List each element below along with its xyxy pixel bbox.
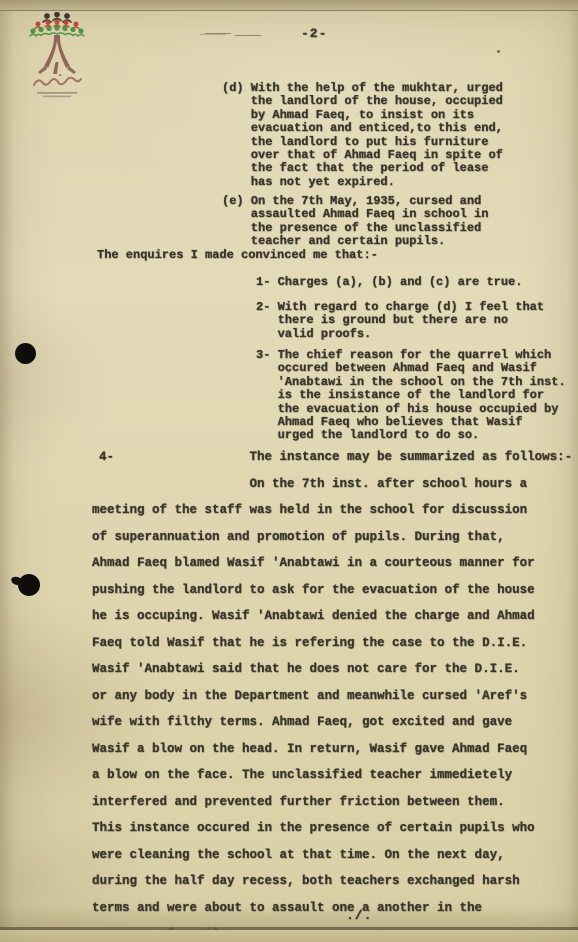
logo-trunk — [38, 35, 76, 74]
punch-hole-top — [15, 343, 36, 364]
logo-calligraphy-dot — [59, 74, 61, 76]
charge-item-e: (e) On the 7th May, 1935, cursed and ass… — [222, 195, 488, 249]
finding-item-2: 2- With regard to charge (d) I feel that… — [256, 301, 544, 341]
scan-scratch-mark — [205, 33, 231, 34]
logo-caption-line-2 — [43, 96, 71, 98]
page-bottom-edge — [0, 930, 578, 942]
page-top-edge — [0, 0, 578, 11]
section-4-body: The instance may be summarized as follow… — [92, 444, 572, 942]
punch-hole-bottom — [18, 574, 40, 596]
logo-arabic-calligraphy — [34, 78, 81, 85]
findings-intro: The enquires I made convinced me that:- — [97, 249, 378, 262]
tree-of-people-archive-logo — [24, 12, 90, 100]
finding-item-1: 1- Charges (a), (b) and (c) are true. — [256, 276, 522, 289]
scan-speck — [497, 50, 500, 53]
page-bottom-shadow — [0, 905, 578, 927]
scanned-document-page: -2- (d) With the help of the mukhtar, ur… — [0, 0, 578, 942]
logo-caption-line-1 — [37, 92, 77, 94]
finding-item-3: 3- The chief reason for the quarrel whic… — [256, 349, 566, 443]
charge-item-d: (d) With the help of the mukhtar, urged … — [222, 82, 503, 189]
page-number: -2- — [301, 26, 327, 41]
